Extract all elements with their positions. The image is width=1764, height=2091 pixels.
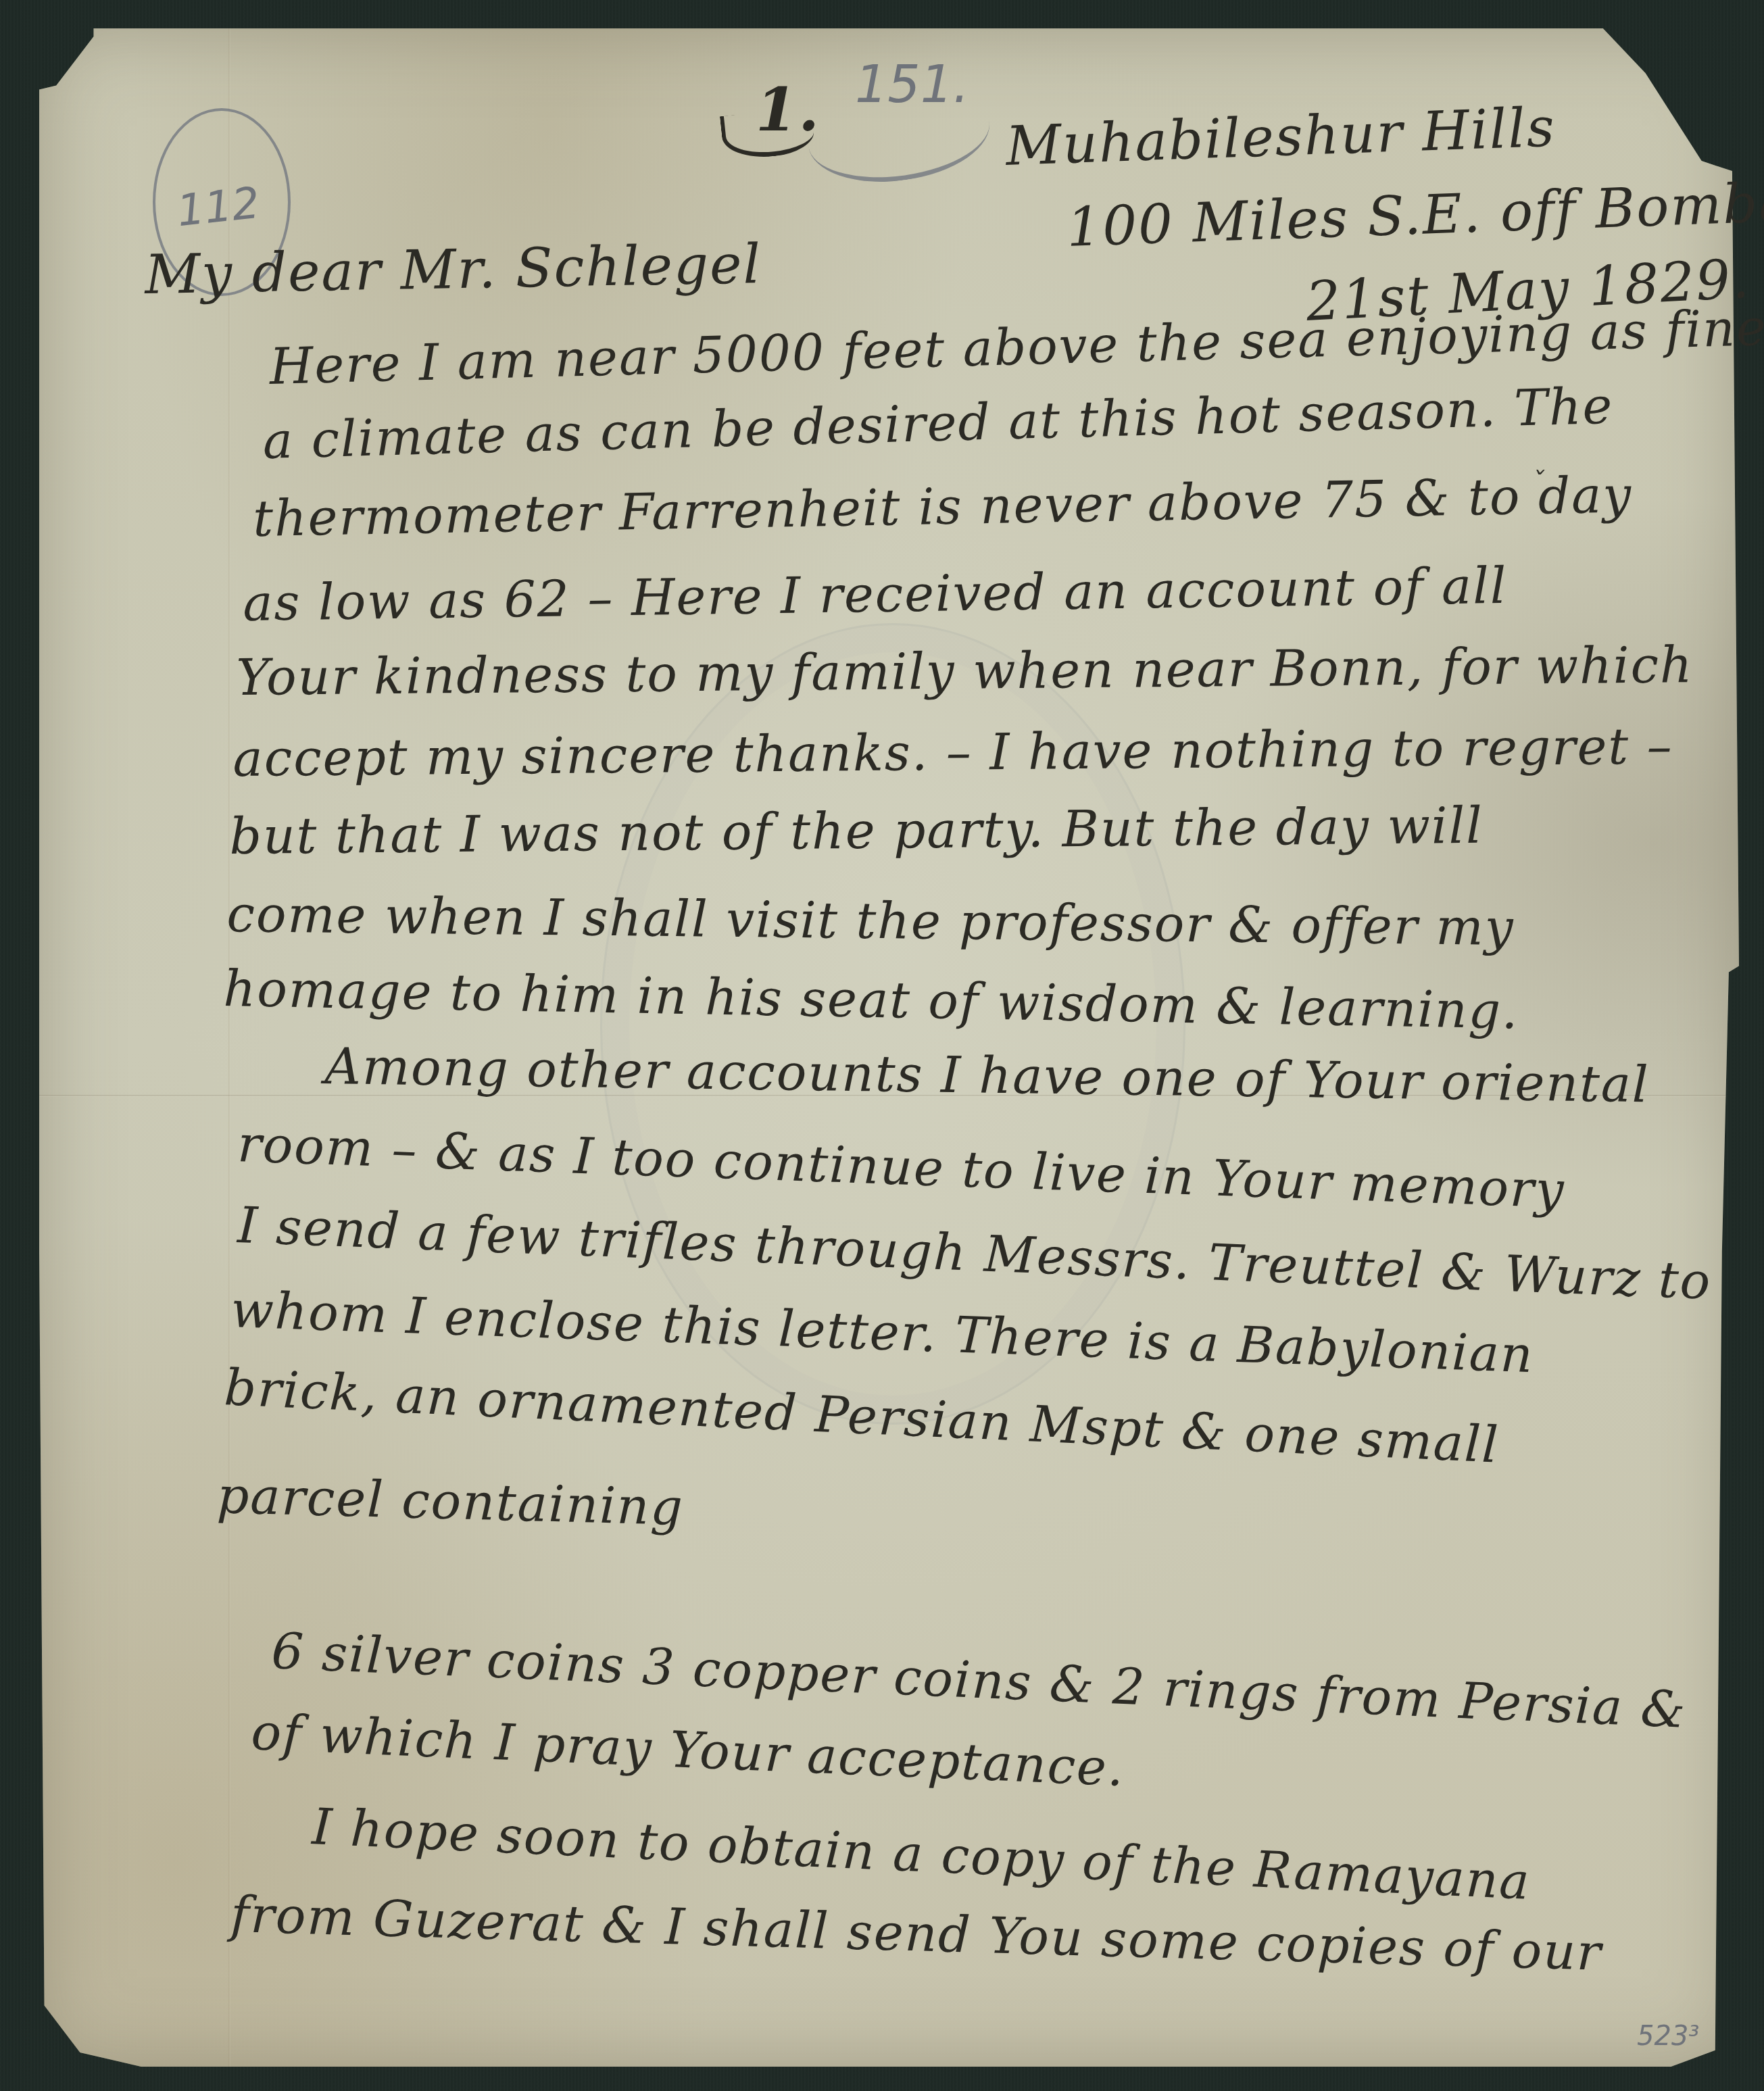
folio-number-pencil: 151. — [855, 54, 969, 114]
body-line: parcel containing — [216, 1467, 685, 1537]
archival-number-bottom: 523³ — [1637, 2021, 1699, 2052]
salutation: My dear Mr. Schlegel — [144, 232, 762, 306]
insertion-mark: ˇ — [1531, 466, 1546, 497]
archival-number-112: 112 — [174, 178, 262, 237]
body-line: but that I was not of the party. But the… — [229, 797, 1484, 866]
paper-fold-vertical — [228, 28, 230, 2067]
